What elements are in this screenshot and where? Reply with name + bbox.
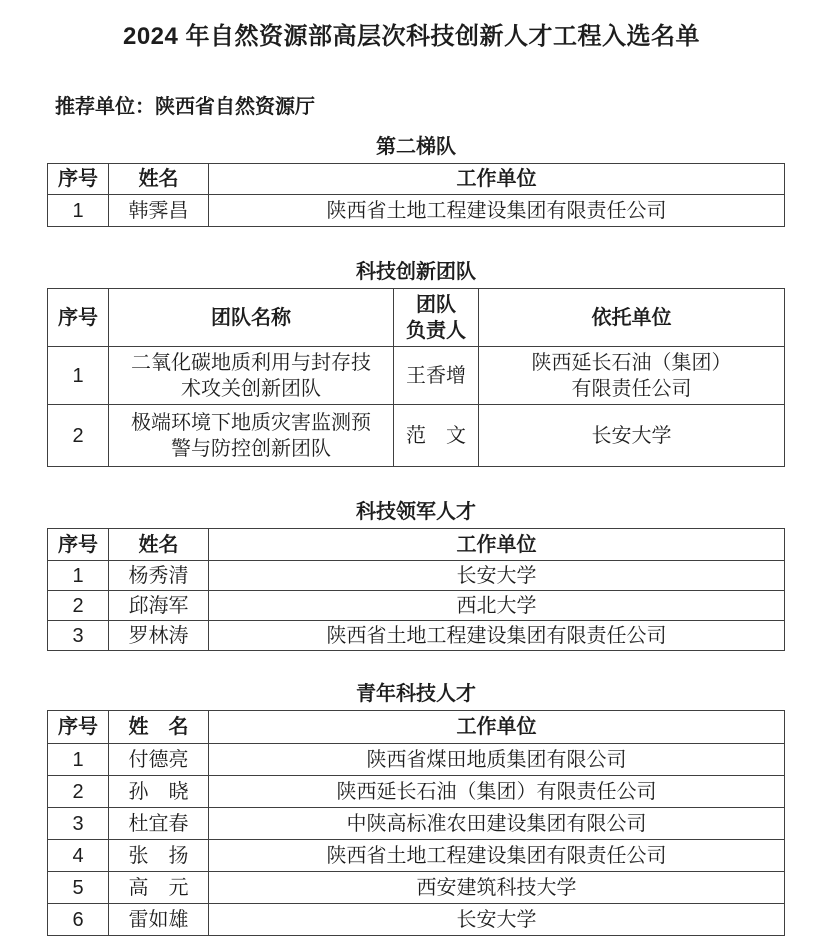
document-title: 2024 年自然资源部高层次科技创新人才工程入选名单 <box>0 16 823 51</box>
header-cell-index: 序号 <box>48 711 109 744</box>
cell-host-unit: 陕西延长石油（集团） 有限责任公司 <box>479 347 785 405</box>
cell-unit: 中陕高标准农田建设集团有限公司 <box>209 808 785 840</box>
section-innovation-teams: 科技创新团队 序号 团队名称 团队 负责人 依托单位 1 二氧化碳地质利用与封存… <box>47 261 785 467</box>
table-row: 1 二氧化碳地质利用与封存技 术攻关创新团队 王香增 陕西延长石油（集团） 有限… <box>48 347 785 405</box>
table-row: 2 孙 晓 陕西延长石油（集团）有限责任公司 <box>48 776 785 808</box>
cell-team-name: 二氧化碳地质利用与封存技 术攻关创新团队 <box>109 347 394 405</box>
table-row: 1 杨秀清 长安大学 <box>48 561 785 591</box>
cell-team-name: 极端环境下地质灾害监测预 警与防控创新团队 <box>109 405 394 467</box>
table-header-row: 序号 姓名 工作单位 <box>48 529 785 561</box>
table-row: 1 付德亮 陕西省煤田地质集团有限公司 <box>48 744 785 776</box>
section-young-talents: 青年科技人才 序号 姓 名 工作单位 1 付德亮 陕西省煤田地质集团有限公司 2… <box>47 683 785 936</box>
cell-name: 高 元 <box>109 872 209 904</box>
cell-name: 罗林涛 <box>109 621 209 651</box>
cell-index: 4 <box>48 840 109 872</box>
header-cell-host-unit: 依托单位 <box>479 289 785 347</box>
section-title-innovation-teams: 科技创新团队 <box>47 261 785 288</box>
cell-unit: 西北大学 <box>209 591 785 621</box>
header-cell-unit: 工作单位 <box>209 164 785 195</box>
section-title-young-talents: 青年科技人才 <box>47 683 785 710</box>
cell-unit: 陕西省煤田地质集团有限公司 <box>209 744 785 776</box>
cell-index: 6 <box>48 904 109 936</box>
header-cell-name: 姓名 <box>109 529 209 561</box>
cell-unit: 陕西省土地工程建设集团有限责任公司 <box>209 621 785 651</box>
section-second-tier: 第二梯队 序号 姓名 工作单位 1 韩霁昌 陕西省土地工程建设集团有限责任公司 <box>47 136 785 227</box>
table-header-row: 序号 团队名称 团队 负责人 依托单位 <box>48 289 785 347</box>
header-cell-unit: 工作单位 <box>209 529 785 561</box>
cell-name: 韩霁昌 <box>109 195 209 227</box>
header-cell-name: 姓名 <box>109 164 209 195</box>
cell-index: 1 <box>48 744 109 776</box>
section-leading-talents: 科技领军人才 序号 姓名 工作单位 1 杨秀清 长安大学 2 邱海军 西北大学 … <box>47 501 785 651</box>
table-row: 3 杜宜春 中陕高标准农田建设集团有限公司 <box>48 808 785 840</box>
table-row: 3 罗林涛 陕西省土地工程建设集团有限责任公司 <box>48 621 785 651</box>
header-cell-index: 序号 <box>48 164 109 195</box>
cell-name: 张 扬 <box>109 840 209 872</box>
cell-team-leader: 王香增 <box>394 347 479 405</box>
cell-team-leader: 范 文 <box>394 405 479 467</box>
cell-index: 1 <box>48 195 109 227</box>
header-cell-team-leader: 团队 负责人 <box>394 289 479 347</box>
cell-name: 雷如雄 <box>109 904 209 936</box>
cell-name: 邱海军 <box>109 591 209 621</box>
cell-index: 1 <box>48 347 109 405</box>
cell-host-unit: 长安大学 <box>479 405 785 467</box>
cell-unit: 陕西省土地工程建设集团有限责任公司 <box>209 840 785 872</box>
cell-unit: 陕西省土地工程建设集团有限责任公司 <box>209 195 785 227</box>
header-cell-unit: 工作单位 <box>209 711 785 744</box>
header-cell-team-name: 团队名称 <box>109 289 394 347</box>
table-row: 2 邱海军 西北大学 <box>48 591 785 621</box>
cell-index: 3 <box>48 621 109 651</box>
table-row: 5 高 元 西安建筑科技大学 <box>48 872 785 904</box>
section-title-leading-talents: 科技领军人才 <box>47 501 785 528</box>
cell-index: 2 <box>48 776 109 808</box>
cell-index: 1 <box>48 561 109 591</box>
table-row: 6 雷如雄 长安大学 <box>48 904 785 936</box>
cell-name: 杨秀清 <box>109 561 209 591</box>
cell-name: 付德亮 <box>109 744 209 776</box>
header-cell-name: 姓 名 <box>109 711 209 744</box>
cell-index: 2 <box>48 591 109 621</box>
cell-index: 2 <box>48 405 109 467</box>
section-title-second-tier: 第二梯队 <box>47 136 785 163</box>
table-row: 1 韩霁昌 陕西省土地工程建设集团有限责任公司 <box>48 195 785 227</box>
table-innovation-teams: 序号 团队名称 团队 负责人 依托单位 1 二氧化碳地质利用与封存技 术攻关创新… <box>47 288 785 467</box>
cell-name: 杜宜春 <box>109 808 209 840</box>
header-cell-index: 序号 <box>48 289 109 347</box>
cell-unit: 西安建筑科技大学 <box>209 872 785 904</box>
cell-index: 5 <box>48 872 109 904</box>
table-row: 2 极端环境下地质灾害监测预 警与防控创新团队 范 文 长安大学 <box>48 405 785 467</box>
cell-name: 孙 晓 <box>109 776 209 808</box>
table-leading-talents: 序号 姓名 工作单位 1 杨秀清 长安大学 2 邱海军 西北大学 3 罗林涛 陕… <box>47 528 785 651</box>
table-header-row: 序号 姓 名 工作单位 <box>48 711 785 744</box>
table-young-talents: 序号 姓 名 工作单位 1 付德亮 陕西省煤田地质集团有限公司 2 孙 晓 陕西… <box>47 710 785 936</box>
recommender-line: 推荐单位：陕西省自然资源厅 <box>55 90 315 119</box>
table-second-tier: 序号 姓名 工作单位 1 韩霁昌 陕西省土地工程建设集团有限责任公司 <box>47 163 785 227</box>
cell-unit: 长安大学 <box>209 904 785 936</box>
cell-unit: 长安大学 <box>209 561 785 591</box>
table-row: 4 张 扬 陕西省土地工程建设集团有限责任公司 <box>48 840 785 872</box>
cell-index: 3 <box>48 808 109 840</box>
header-cell-index: 序号 <box>48 529 109 561</box>
cell-unit: 陕西延长石油（集团）有限责任公司 <box>209 776 785 808</box>
table-header-row: 序号 姓名 工作单位 <box>48 164 785 195</box>
